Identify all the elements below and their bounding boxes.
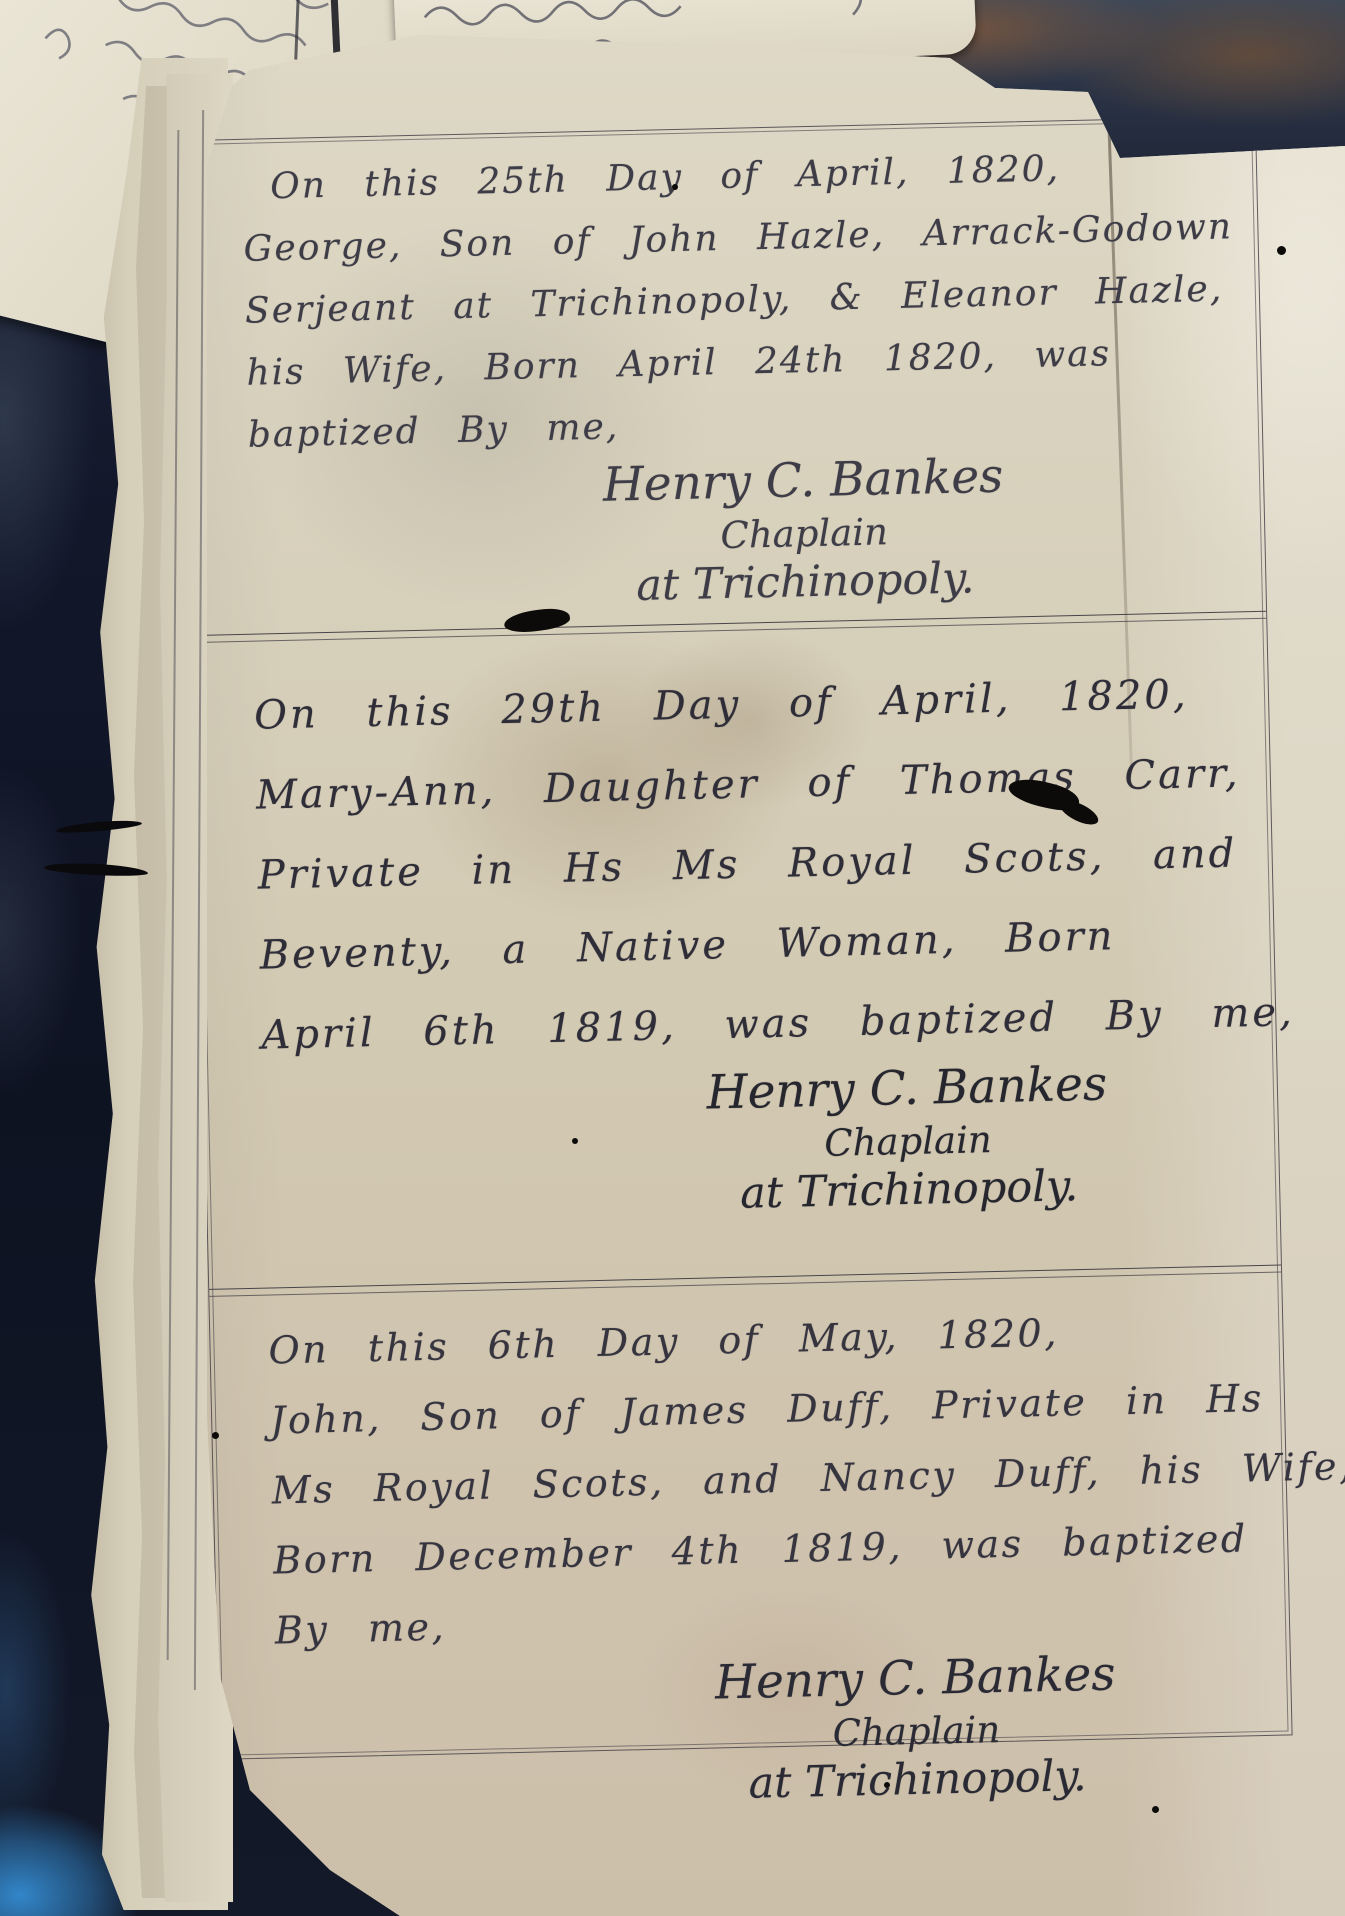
signature-place: at Trichinopoly. <box>677 1749 1158 1810</box>
signature-place: at Trichinopoly. <box>669 1160 1150 1221</box>
ink-speck <box>572 1138 578 1144</box>
ink-speck <box>672 184 678 190</box>
register-page: On this 25th Day of April, 1820, George,… <box>112 16 1345 1916</box>
signature-block: Henry C. Bankes Chaplain at Trichinopoly… <box>562 448 1045 613</box>
table-surface: On this 25th Day of April, 1820, George,… <box>0 0 1345 1916</box>
ink-speck <box>212 1432 219 1439</box>
signature-place: at Trichinopoly. <box>565 552 1046 613</box>
ruled-frame: On this 25th Day of April, 1820, George,… <box>182 116 1292 1760</box>
baptism-entry-3: On this 6th Day of May, 1820, John, Son … <box>209 1273 1293 1829</box>
ink-speck <box>884 1782 890 1788</box>
ink-speck <box>1277 246 1286 255</box>
baptism-entry-2: On this 29th Day of April, 1820, Mary-An… <box>195 619 1281 1289</box>
signature-name: Henry C. Bankes <box>675 1646 1156 1712</box>
signature-block: Henry C. Bankes Chaplain at Trichinopoly… <box>666 1056 1149 1221</box>
baptism-entry-1: On this 25th Day of April, 1820, George,… <box>183 117 1266 635</box>
ink-speck <box>1152 1806 1159 1813</box>
signature-name: Henry C. Bankes <box>666 1056 1147 1122</box>
signature-block: Henry C. Bankes Chaplain at Trichinopoly… <box>675 1646 1158 1811</box>
signature-name: Henry C. Bankes <box>562 448 1043 514</box>
